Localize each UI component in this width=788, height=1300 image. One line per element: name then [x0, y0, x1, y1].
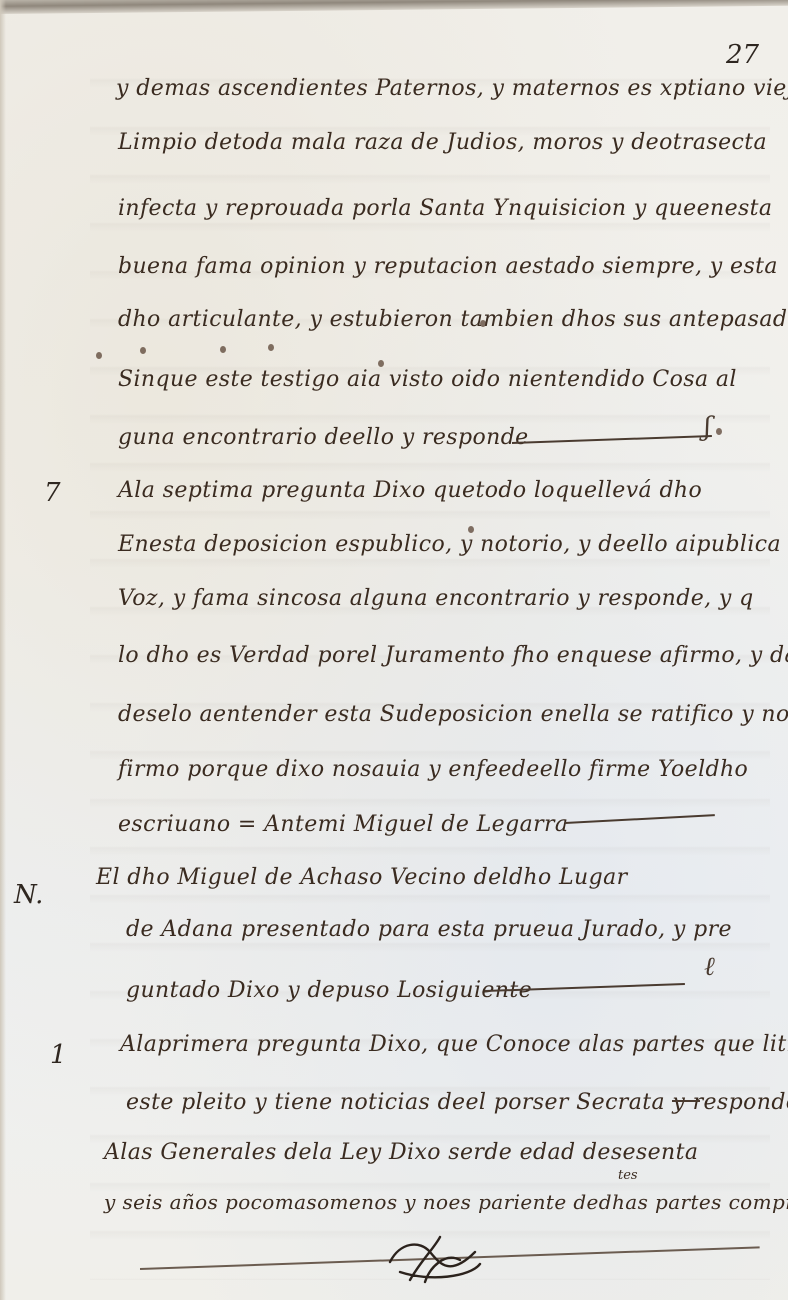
line-filler-flourish — [672, 1100, 700, 1102]
text-line: lo dho es Verdad porel Juramento fho enq… — [118, 643, 788, 668]
text-line: Alas Generales dela Ley Dixo serde edad … — [104, 1140, 698, 1165]
text-line: de Adana presentado para esta prueua Jur… — [126, 917, 732, 942]
page-top-edge — [0, 0, 788, 14]
ink-spot — [140, 347, 146, 354]
margin-note-7: 7 — [44, 478, 61, 508]
ink-spot — [268, 344, 274, 351]
ink-spot — [96, 352, 102, 359]
text-line: guna encontrario deello y responde — [118, 425, 529, 450]
text-line: deselo aentender esta Sudeposicion enell… — [118, 702, 788, 727]
text-line: Voz, y fama sincosa alguna encontrario y… — [118, 586, 754, 611]
text-line: este pleito y tiene noticias deel porser… — [126, 1090, 788, 1115]
folio-number: 27 — [726, 40, 759, 70]
ink-spot — [716, 428, 722, 435]
text-line: Limpio detoda mala raza de Judios, moros… — [118, 130, 767, 155]
ink-spot — [378, 360, 384, 367]
margin-note-1: 1 — [50, 1040, 67, 1070]
margin-note-n: N. — [14, 880, 43, 910]
text-line: Enesta deposicion espublico, y notorio, … — [118, 532, 781, 557]
text-line: firmo porque dixo nosauia y enfeedeello … — [118, 757, 748, 782]
flourish-end: ℓ — [704, 952, 715, 982]
text-line: y seis años pocomasomenos y noes parient… — [104, 1190, 788, 1214]
text-line: Alaprimera pregunta Dixo, que Conoce ala… — [120, 1032, 788, 1057]
text-line: El dho Miguel de Achaso Vecino deldho Lu… — [96, 865, 628, 890]
line-filler-flourish — [512, 435, 712, 444]
page-left-edge — [0, 0, 6, 1300]
text-line: infecta y reprouada porla Santa Ynquisic… — [118, 196, 772, 221]
text-line: escriuano = Antemi Miguel de Legarra — [118, 812, 568, 837]
text-line: Ala septima pregunta Dixo quetodo loquel… — [118, 478, 702, 503]
line-filler-flourish — [565, 814, 715, 824]
ink-spot — [468, 526, 474, 533]
text-line: y demas ascendientes Paternos, y materno… — [116, 76, 788, 101]
signature-rubric — [380, 1222, 490, 1296]
text-line: Sinque este testigo aia visto oido nient… — [118, 367, 737, 392]
ink-spot — [220, 346, 226, 353]
rubric-icon — [380, 1222, 490, 1292]
text-line: dho articulante, y estubieron tambien dh… — [118, 307, 788, 332]
text-line: guntado Dixo y depuso Losiguiente — [126, 978, 532, 1003]
flourish-end: ʃ — [704, 412, 711, 442]
ink-spot — [480, 320, 486, 327]
text-line: buena fama opinion y reputacion aestado … — [118, 254, 778, 279]
interlinear-insert: tes — [618, 1168, 638, 1183]
manuscript-page: 27 7 N. 1 y demas ascendientes Paternos,… — [0, 0, 788, 1300]
